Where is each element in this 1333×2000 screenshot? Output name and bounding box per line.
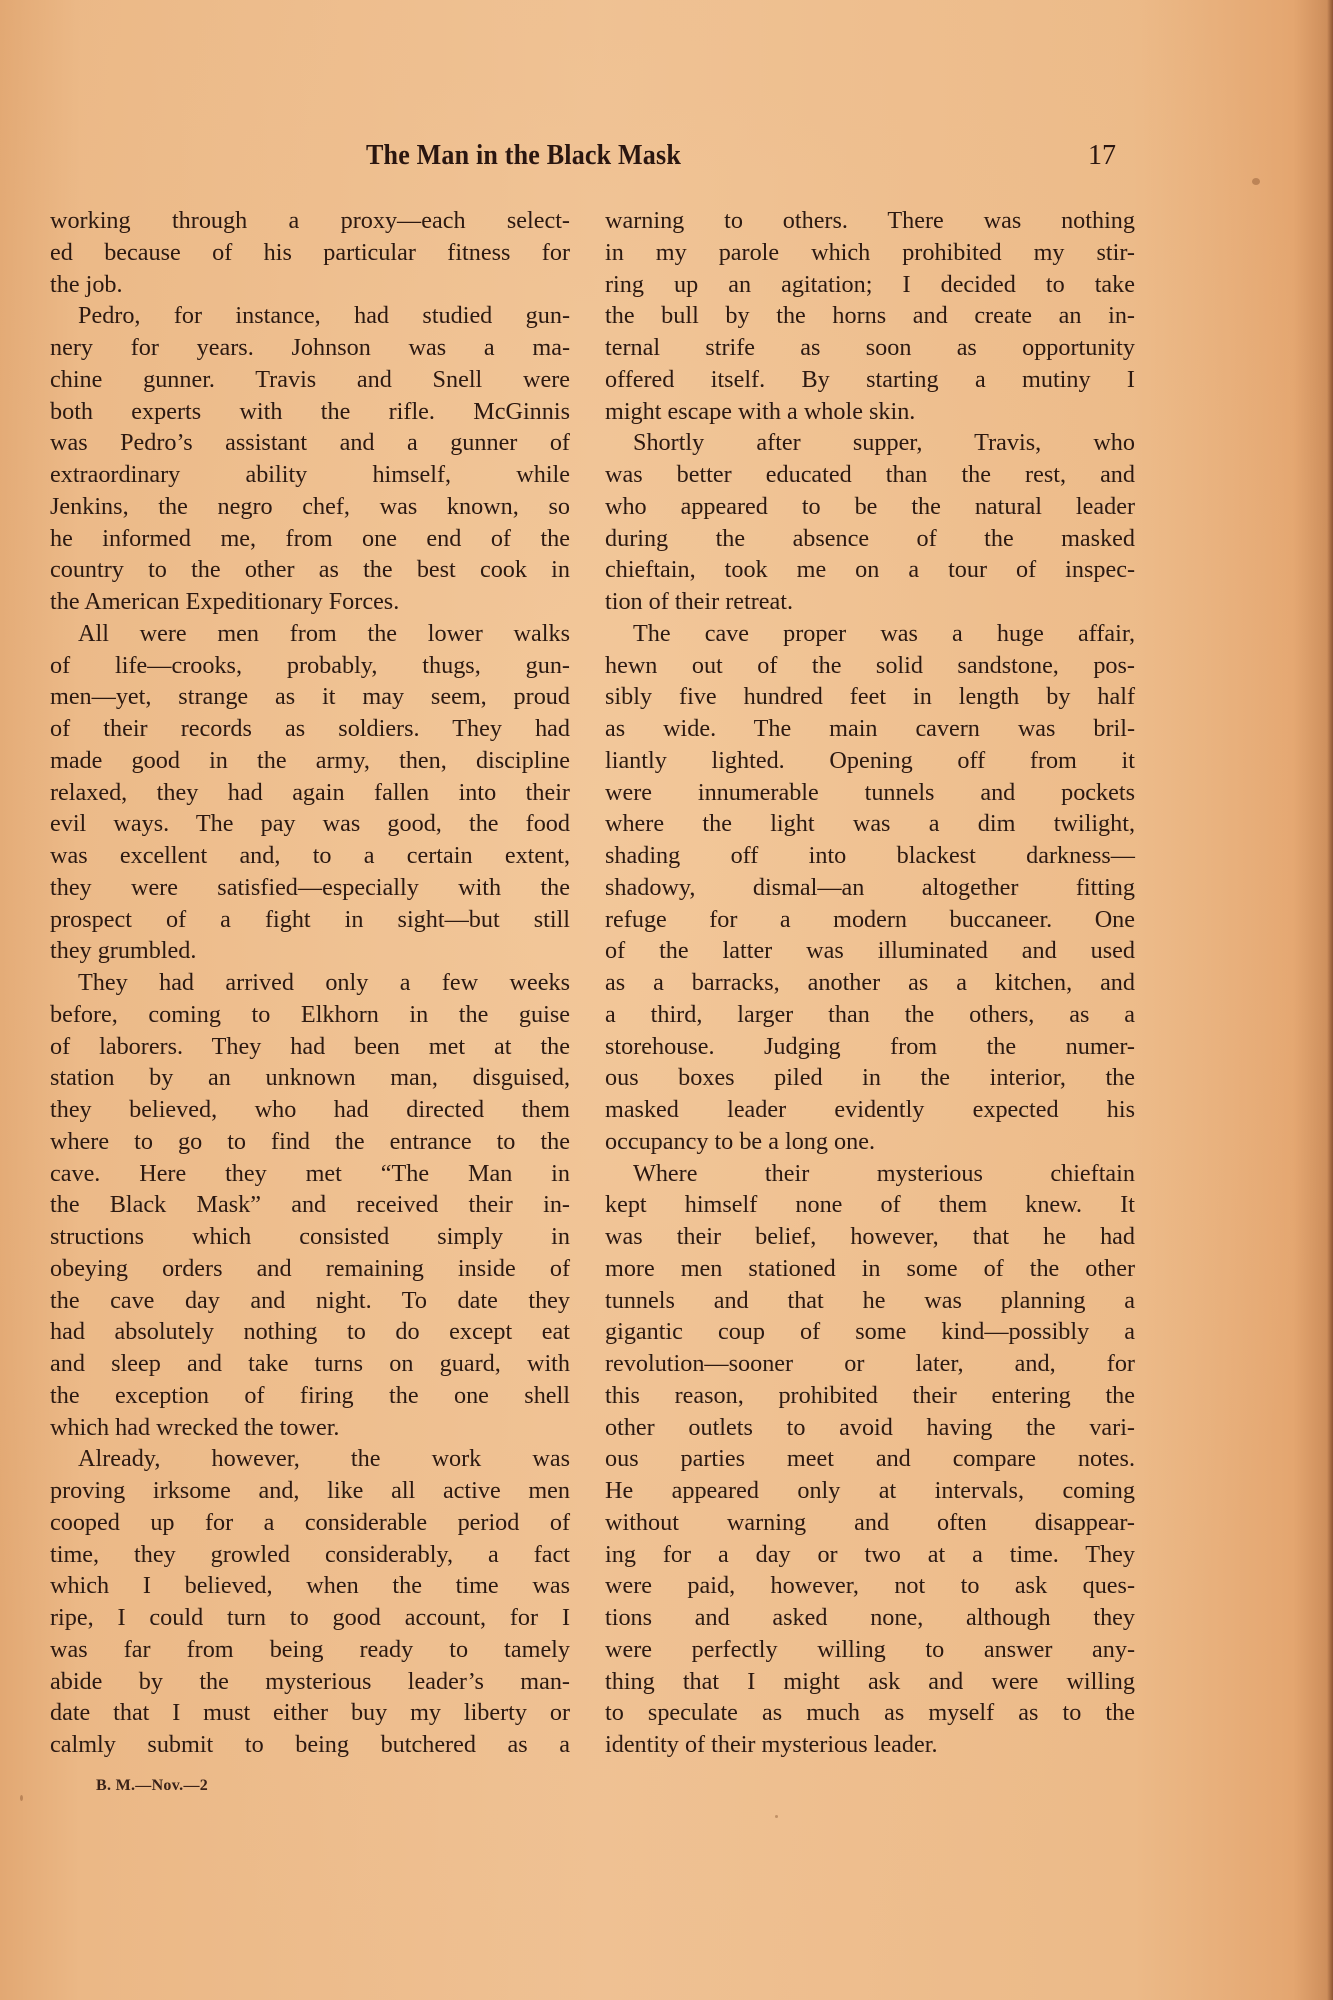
text-line: ed because of his particular fitness for xyxy=(50,237,570,269)
text-line: the job. xyxy=(50,269,570,301)
text-line: might escape with a whole skin. xyxy=(605,396,1135,428)
text-line: extraordinary ability himself, while xyxy=(50,459,570,491)
text-line: both experts with the rifle. McGinnis xyxy=(50,396,570,428)
page-number: 17 xyxy=(1088,140,1116,172)
text-line: was their belief, however, that he had xyxy=(605,1221,1135,1253)
text-line: this reason, prohibited their entering t… xyxy=(605,1380,1135,1412)
text-line: working through a proxy—each select- xyxy=(50,205,570,237)
text-line: abide by the mysterious leader’s man- xyxy=(50,1666,570,1698)
text-line: revolution—sooner or later, and, for xyxy=(605,1348,1135,1380)
text-line: was far from being ready to tamely xyxy=(50,1634,570,1666)
text-line: the American Expeditionary Forces. xyxy=(50,586,570,618)
text-line: other outlets to avoid having the vari- xyxy=(605,1412,1135,1444)
paper-speck xyxy=(775,1815,778,1818)
left-text-column: working through a proxy—each select-ed b… xyxy=(50,205,570,1761)
text-line: obeying orders and remaining inside of xyxy=(50,1253,570,1285)
text-line: ing for a day or two at a time. They xyxy=(605,1539,1135,1571)
text-line: had absolutely nothing to do except eat xyxy=(50,1316,570,1348)
text-line: as a barracks, another as a kitchen, and xyxy=(605,967,1135,999)
text-line: were perfectly willing to answer any- xyxy=(605,1634,1135,1666)
text-line: calmly submit to being butchered as a xyxy=(50,1729,570,1761)
text-line: they were satisfied—especially with the xyxy=(50,872,570,904)
text-line: the cave day and night. To date they xyxy=(50,1285,570,1317)
text-line: time, they growled considerably, a fact xyxy=(50,1539,570,1571)
text-line: identity of their mysterious leader. xyxy=(605,1729,1135,1761)
text-line: All were men from the lower walks xyxy=(50,618,570,650)
text-line: liantly lighted. Opening off from it xyxy=(605,745,1135,777)
text-line: which had wrecked the tower. xyxy=(50,1412,570,1444)
text-line: ternal strife as soon as opportunity xyxy=(605,332,1135,364)
text-line: chine gunner. Travis and Snell were xyxy=(50,364,570,396)
text-line: the Black Mask” and received their in- xyxy=(50,1189,570,1221)
text-line: to speculate as much as myself as to the xyxy=(605,1697,1135,1729)
text-line: of the latter was illuminated and used xyxy=(605,935,1135,967)
text-line: ring up an agitation; I decided to take xyxy=(605,269,1135,301)
magazine-page: The Man in the Black Mask 17 working thr… xyxy=(0,0,1333,2000)
text-line: tunnels and that he was planning a xyxy=(605,1285,1135,1317)
signature-mark: B. M.—Nov.—2 xyxy=(96,1777,208,1795)
text-line: evil ways. The pay was good, the food xyxy=(50,808,570,840)
text-line: Pedro, for instance, had studied gun- xyxy=(50,300,570,332)
text-line: were paid, however, not to ask ques- xyxy=(605,1570,1135,1602)
text-line: occupancy to be a long one. xyxy=(605,1126,1135,1158)
text-line: gigantic coup of some kind—possibly a xyxy=(605,1316,1135,1348)
text-line: they believed, who had directed them xyxy=(50,1094,570,1126)
text-line: where to go to find the entrance to the xyxy=(50,1126,570,1158)
text-line: masked leader evidently expected his xyxy=(605,1094,1135,1126)
text-line: relaxed, they had again fallen into thei… xyxy=(50,777,570,809)
text-line: ripe, I could turn to good account, for … xyxy=(50,1602,570,1634)
text-line: was Pedro’s assistant and a gunner of xyxy=(50,427,570,459)
text-line: tion of their retreat. xyxy=(605,586,1135,618)
right-text-column: warning to others. There was nothingin m… xyxy=(605,205,1135,1761)
text-line: ous boxes piled in the interior, the xyxy=(605,1062,1135,1094)
text-line: proving irksome and, like all active men xyxy=(50,1475,570,1507)
text-line: storehouse. Judging from the numer- xyxy=(605,1031,1135,1063)
text-line: structions which consisted simply in xyxy=(50,1221,570,1253)
text-line: Already, however, the work was xyxy=(50,1443,570,1475)
running-title: The Man in the Black Mask xyxy=(366,140,681,172)
text-line: chieftain, took me on a tour of inspec- xyxy=(605,554,1135,586)
page-edge-shadow xyxy=(1327,0,1333,2000)
text-line: Where their mysterious chieftain xyxy=(605,1158,1135,1190)
text-line: date that I must either buy my liberty o… xyxy=(50,1697,570,1729)
text-line: as wide. The main cavern was bril- xyxy=(605,713,1135,745)
text-line: He appeared only at intervals, coming xyxy=(605,1475,1135,1507)
paper-speck xyxy=(20,1795,23,1801)
text-line: of laborers. They had been met at the xyxy=(50,1031,570,1063)
text-line: was better educated than the rest, and xyxy=(605,459,1135,491)
text-line: he informed me, from one end of the xyxy=(50,523,570,555)
text-line: and sleep and take turns on guard, with xyxy=(50,1348,570,1380)
text-line: cooped up for a considerable period of xyxy=(50,1507,570,1539)
text-line: the bull by the horns and create an in- xyxy=(605,300,1135,332)
text-line: men—yet, strange as it may seem, proud xyxy=(50,681,570,713)
text-line: during the absence of the masked xyxy=(605,523,1135,555)
text-line: the exception of firing the one shell xyxy=(50,1380,570,1412)
text-line: of their records as soldiers. They had xyxy=(50,713,570,745)
text-line: ous parties meet and compare notes. xyxy=(605,1443,1135,1475)
text-line: tions and asked none, although they xyxy=(605,1602,1135,1634)
text-line: Shortly after supper, Travis, who xyxy=(605,427,1135,459)
text-line: prospect of a fight in sight—but still xyxy=(50,904,570,936)
text-line: offered itself. By starting a mutiny I xyxy=(605,364,1135,396)
text-line: where the light was a dim twilight, xyxy=(605,808,1135,840)
text-line: a third, larger than the others, as a xyxy=(605,999,1135,1031)
text-line: cave. Here they met “The Man in xyxy=(50,1158,570,1190)
text-line: were innumerable tunnels and pockets xyxy=(605,777,1135,809)
text-line: in my parole which prohibited my stir- xyxy=(605,237,1135,269)
text-line: kept himself none of them knew. It xyxy=(605,1189,1135,1221)
running-header: The Man in the Black Mask 17 xyxy=(0,140,1333,180)
text-line: shading off into blackest darkness— xyxy=(605,840,1135,872)
text-line: before, coming to Elkhorn in the guise xyxy=(50,999,570,1031)
text-line: which I believed, when the time was xyxy=(50,1570,570,1602)
text-line: more men stationed in some of the other xyxy=(605,1253,1135,1285)
text-line: made good in the army, then, discipline xyxy=(50,745,570,777)
text-line: The cave proper was a huge affair, xyxy=(605,618,1135,650)
text-line: refuge for a modern buccaneer. One xyxy=(605,904,1135,936)
text-line: thing that I might ask and were willing xyxy=(605,1666,1135,1698)
text-line: station by an unknown man, disguised, xyxy=(50,1062,570,1094)
text-line: shadowy, dismal—an altogether fitting xyxy=(605,872,1135,904)
text-line: country to the other as the best cook in xyxy=(50,554,570,586)
text-line: was excellent and, to a certain extent, xyxy=(50,840,570,872)
text-line: warning to others. There was nothing xyxy=(605,205,1135,237)
text-line: they grumbled. xyxy=(50,935,570,967)
text-line: who appeared to be the natural leader xyxy=(605,491,1135,523)
text-line: hewn out of the solid sandstone, pos- xyxy=(605,650,1135,682)
text-line: of life—crooks, probably, thugs, gun- xyxy=(50,650,570,682)
text-line: without warning and often disappear- xyxy=(605,1507,1135,1539)
paper-speck xyxy=(1252,178,1260,185)
text-line: They had arrived only a few weeks xyxy=(50,967,570,999)
text-line: Jenkins, the negro chef, was known, so xyxy=(50,491,570,523)
text-line: nery for years. Johnson was a ma- xyxy=(50,332,570,364)
text-line: sibly five hundred feet in length by hal… xyxy=(605,681,1135,713)
